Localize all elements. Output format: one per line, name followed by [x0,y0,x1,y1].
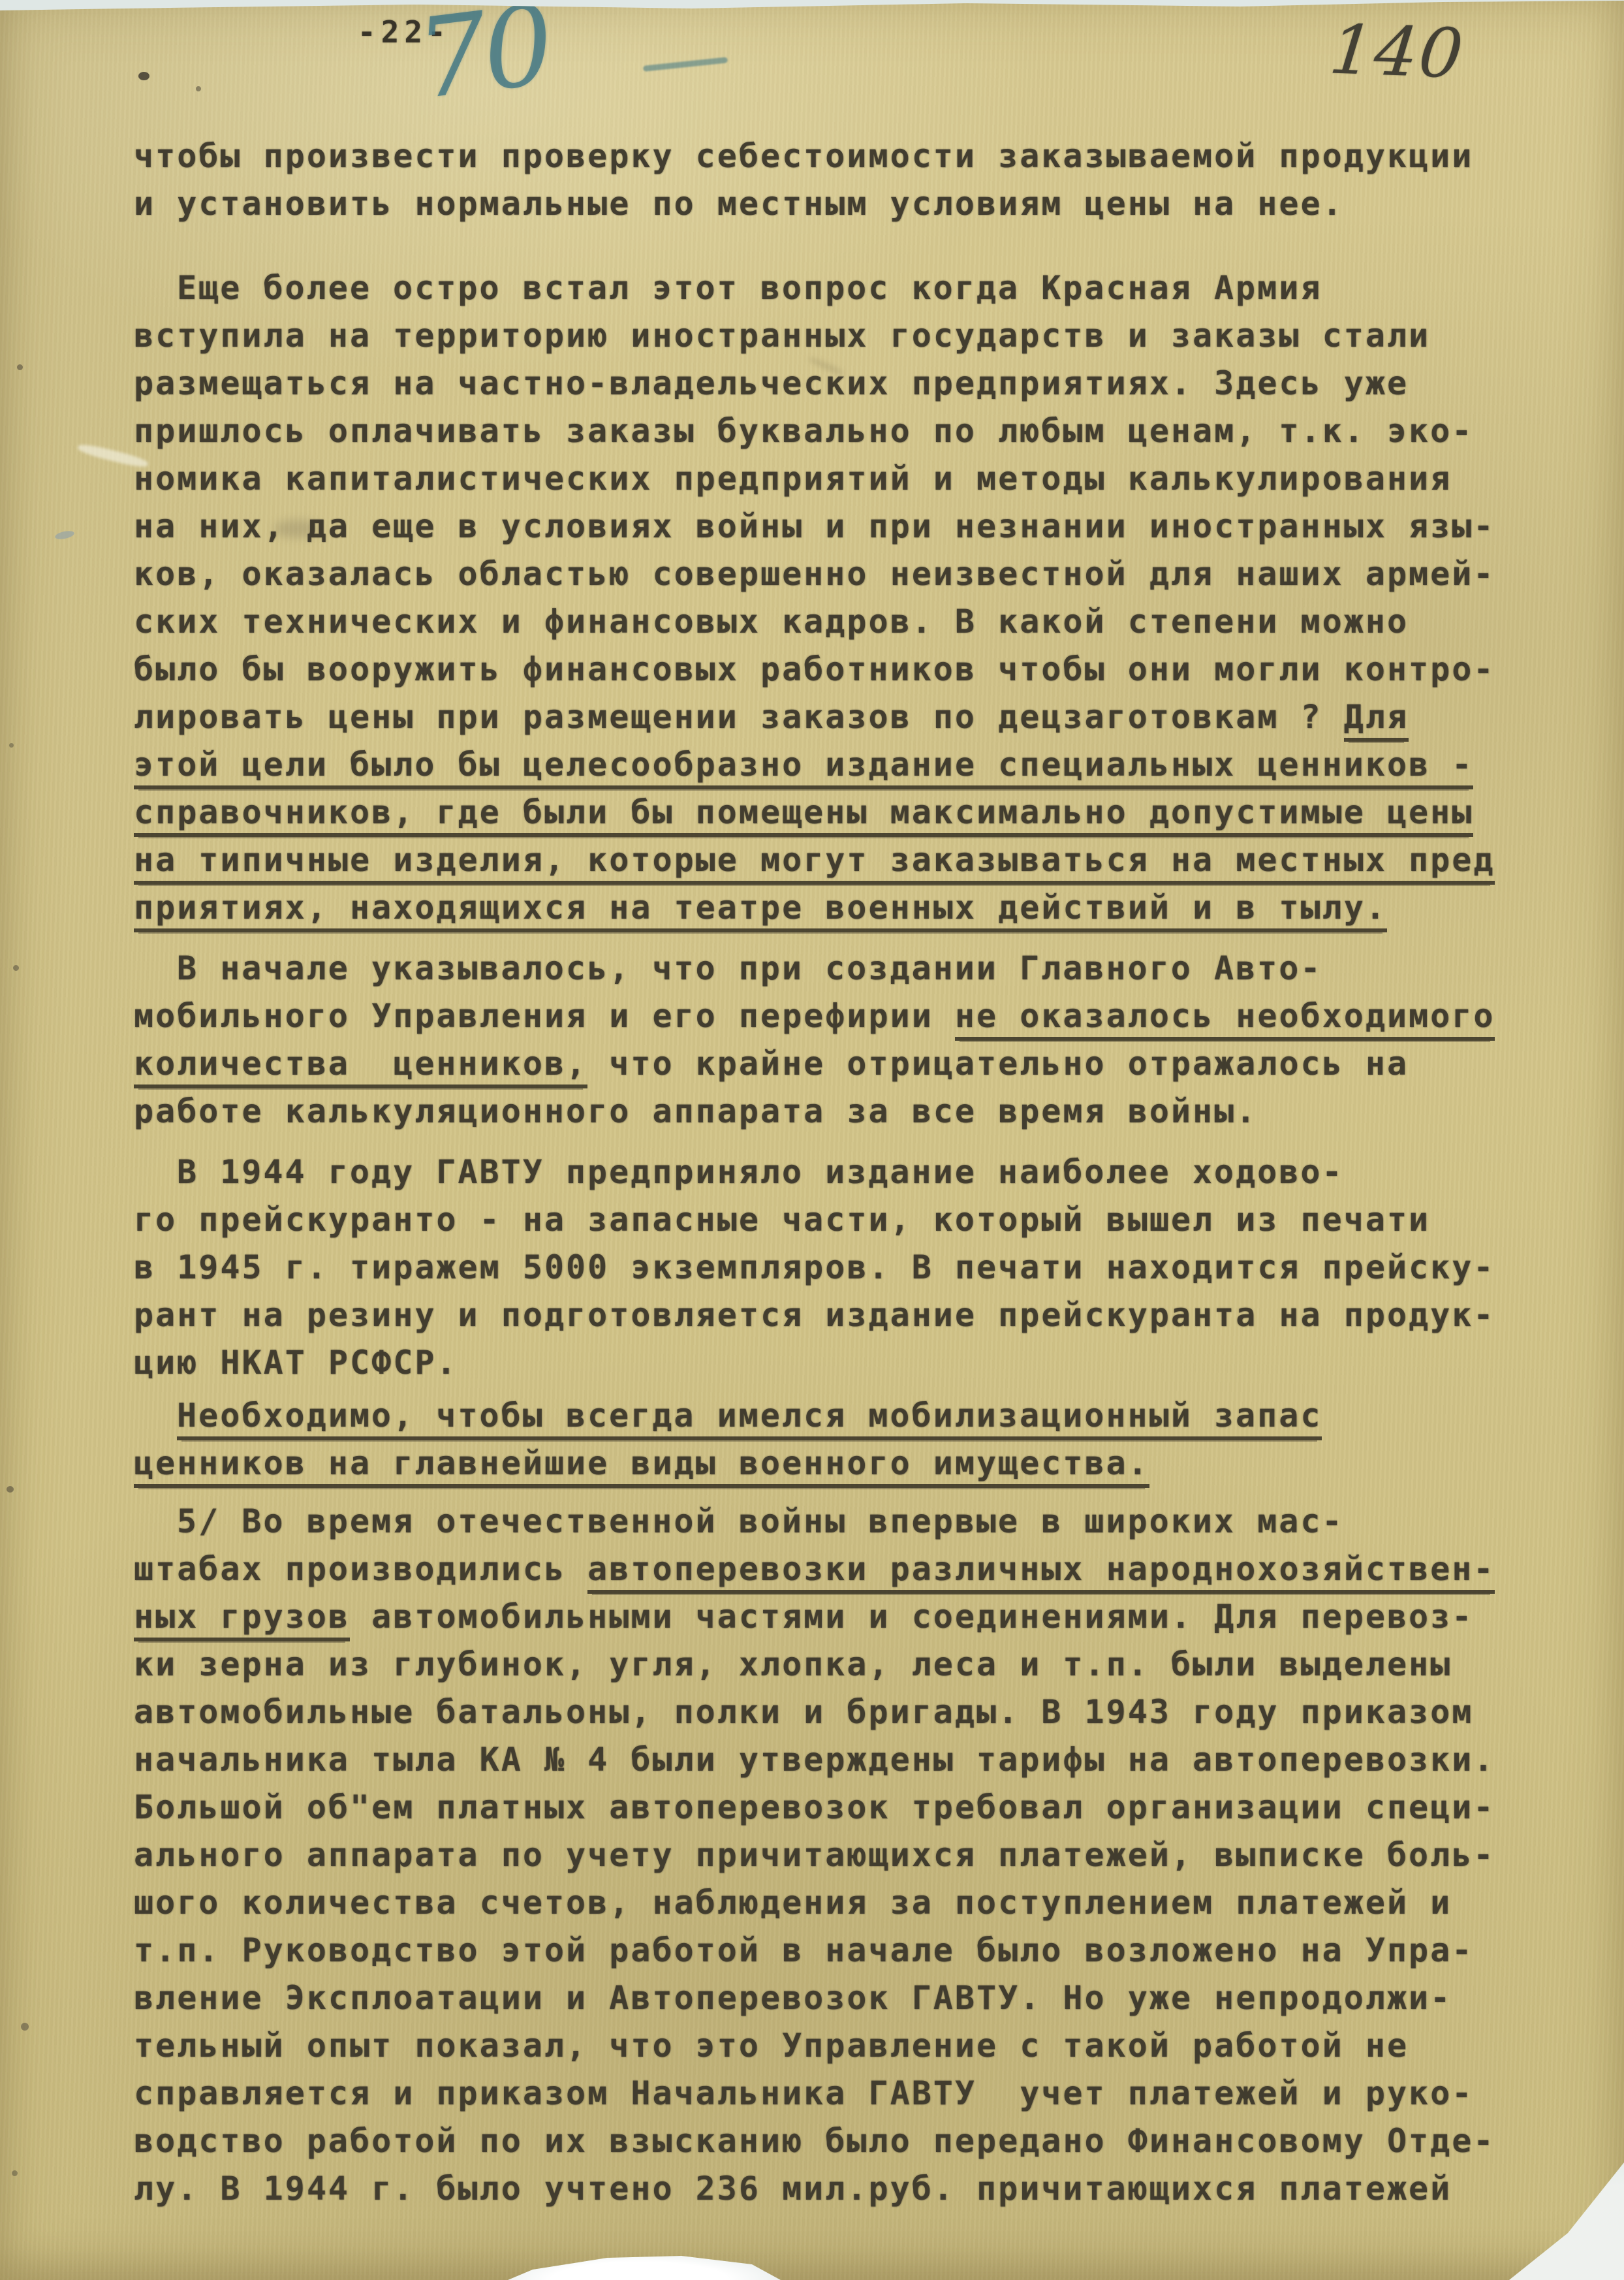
paragraph: чтобы произвести проверку себестоимости … [134,137,1557,232]
paragraph: 5/ Во время отечественной войны впервые … [134,1502,1557,2217]
text-segment: размещаться на частно-владельческих пред… [134,364,1409,402]
document-line: и установить нормальные по местным услов… [134,185,1557,232]
text-segment: ских технических и финансовых кадров. В … [134,603,1409,641]
paper-sheet: -22- 70 140 чтобы произвести проверку се… [0,0,1624,2280]
text-segment: ального аппарата по учету причитающихся … [134,1836,1495,1874]
paper-stain [13,965,19,971]
document-line: 5/ Во время отечественной войны впервые … [134,1502,1557,1550]
underlined-text-segment: справочников, где были бы помещены макси… [134,793,1473,837]
text-segment: рант на резину и подготовляется издание … [134,1296,1495,1334]
document-line: этой цели было бы целесообразно издание … [134,746,1557,793]
text-segment: что крайне отрицательно отражалось на [587,1045,1409,1083]
text-segment: было бы вооружить финансовых работников … [134,650,1495,688]
text-segment: Еще более остро встал этот вопрос когда … [177,269,1322,307]
document-line: В 1944 году ГАВТУ предприняло издание на… [134,1153,1557,1201]
text-segment: лу. В 1944 г. было учтено 236 мил.руб. п… [134,2170,1452,2208]
document-line: справочников, где были бы помещены макси… [134,793,1557,841]
document-line: вление Эксплоатации и Автоперевозок ГАВТ… [134,1979,1557,2027]
document-body: чтобы произвести проверку себестоимости … [134,137,1557,2217]
document-line: шого количества счетов, наблюдения за по… [134,1884,1557,1931]
text-segment: ки зерна из глубинок, угля, хлопка, леса… [134,1645,1452,1683]
document-line: тельный опыт показал, что это Управление… [134,2027,1557,2074]
text-segment: штабах производились [134,1550,587,1588]
text-segment: лировать цены при размещении заказов по … [134,698,1344,736]
paragraph: Необходимо, чтобы всегда имелся мобилиза… [134,1397,1557,1492]
document-line: на них, да еще в условиях войны и при не… [134,507,1557,555]
document-line: размещаться на частно-владельческих пред… [134,364,1557,412]
text-segment: т.п. Руководство этой работой в начале б… [134,1931,1473,1969]
text-segment: ков, оказалась областью совершенно неизв… [134,555,1495,593]
paragraph: В начале указывалось, что при создании Г… [134,949,1557,1140]
document-line: автомобильные батальоны, полки и бригады… [134,1693,1557,1741]
document-line: водство работой по их взысканию было пер… [134,2122,1557,2170]
underlined-text-segment: приятиях, находящихся на театре военных … [134,889,1387,932]
paper-stain [9,743,14,748]
document-line: В начале указывалось, что при создании Г… [134,949,1557,997]
document-line: ных грузов автомобильными частями и соед… [134,1598,1557,1645]
document-line: пришлось оплачивать заказы буквально по … [134,412,1557,460]
document-line: ских технических и финансовых кадров. В … [134,603,1557,650]
text-segment: тельный опыт показал, что это Управление… [134,2027,1409,2065]
text-segment: го прейскуранто - на запасные части, кот… [134,1201,1430,1239]
text-segment: В 1944 году ГАВТУ предприняло издание на… [177,1153,1344,1191]
text-segment: чтобы произвести проверку себестоимости … [134,137,1473,175]
document-line: на типичные изделия, которые могут заказ… [134,841,1557,889]
text-segment: в 1945 г. тиражем 5000 экземпляров. В пе… [134,1248,1495,1286]
underlined-text-segment: ценников на главнейшие виды военного иму… [134,1444,1149,1488]
document-line: номика капиталистических предприятий и м… [134,460,1557,507]
text-segment: 5/ Во время отечественной войны впервые … [177,1502,1344,1540]
text-segment: В начале указывалось, что при создании Г… [177,949,1322,987]
underlined-text-segment: не оказалось необходимого [955,997,1495,1041]
document-line: чтобы произвести проверку себестоимости … [134,137,1557,185]
document-line: ки зерна из глубинок, угля, хлопка, леса… [134,1645,1557,1693]
document-line: лу. В 1944 г. было учтено 236 мил.руб. п… [134,2170,1557,2217]
text-segment: шого количества счетов, наблюдения за по… [134,1884,1452,1922]
text-segment: вступила на территорию иностранных госуд… [134,317,1430,355]
text-segment: начальника тыла КА № 4 были утверждены т… [134,1741,1495,1779]
document-line: рант на резину и подготовляется издание … [134,1296,1557,1344]
document-line: приятиях, находящихся на театре военных … [134,889,1557,936]
text-segment: пришлось оплачивать заказы буквально по … [134,412,1473,450]
document-line: было бы вооружить финансовых работников … [134,650,1557,698]
document-line: работе калькуляционного аппарата за все … [134,1092,1557,1140]
document-line: начальника тыла КА № 4 были утверждены т… [134,1741,1557,1788]
paper-stain [17,364,23,370]
document-line: мобильного Управления и его перефирии не… [134,997,1557,1045]
document-line: ценников на главнейшие виды военного иму… [134,1444,1557,1492]
paper-stain [21,2023,29,2031]
underlined-text-segment: количества ценников, [134,1045,587,1088]
document-line: вступила на территорию иностранных госуд… [134,317,1557,364]
text-segment: справляется и приказом Начальника ГАВТУ … [134,2074,1473,2112]
text-segment: Большой об"ем платных автоперевозок треб… [134,1788,1495,1826]
document-line: цию НКАТ РСФСР. [134,1344,1557,1391]
handwritten-number-blue: 70 [411,0,557,124]
document-line: Необходимо, чтобы всегда имелся мобилиза… [134,1397,1557,1444]
text-segment: и установить нормальные по местным услов… [134,185,1344,223]
text-segment: автомобильные батальоны, полки и бригады… [134,1693,1473,1731]
document-line: справляется и приказом Начальника ГАВТУ … [134,2074,1557,2122]
paragraph: Еще более остро встал этот вопрос когда … [134,269,1557,936]
paper-stain [7,1486,14,1493]
paper-stain [54,530,75,541]
text-segment: водство работой по их взысканию было пер… [134,2122,1495,2160]
document-line: го прейскуранто - на запасные части, кот… [134,1201,1557,1248]
document-line: количества ценников, что крайне отрицате… [134,1045,1557,1092]
underlined-text-segment: этой цели было бы целесообразно издание … [134,746,1473,789]
paper-stain [138,72,149,80]
document-line: в 1945 г. тиражем 5000 экземпляров. В пе… [134,1248,1557,1296]
document-line: ального аппарата по учету причитающихся … [134,1836,1557,1884]
handwritten-dash-stroke [643,57,728,72]
scanned-page: { "meta": { "typed_page_number": "-22-",… [0,0,1624,2280]
text-segment: цию НКАТ РСФСР. [134,1344,458,1382]
document-line: лировать цены при размещении заказов по … [134,698,1557,746]
text-segment: автомобильными частями и соединениями. Д… [350,1598,1473,1636]
text-segment: мобильного Управления и его перефирии [134,997,955,1035]
text-segment: на них, да еще в условиях войны и при не… [134,507,1495,545]
underlined-text-segment: ных грузов [134,1598,350,1641]
text-segment: номика капиталистических предприятий и м… [134,460,1452,498]
handwritten-corner-number: 140 [1326,10,1468,94]
document-line: штабах производились автоперевозки разли… [134,1550,1557,1598]
document-line: Большой об"ем платных автоперевозок треб… [134,1788,1557,1836]
paper-stain [12,2170,18,2176]
paper-stain [196,86,201,91]
text-segment: вление Эксплоатации и Автоперевозок ГАВТ… [134,1979,1452,2017]
underlined-text-segment: Необходимо, чтобы всегда имелся мобилиза… [177,1397,1322,1440]
paragraph: В 1944 году ГАВТУ предприняло издание на… [134,1153,1557,1391]
document-line: Еще более остро встал этот вопрос когда … [134,269,1557,317]
text-segment: работе калькуляционного аппарата за все … [134,1092,1257,1130]
document-line: ков, оказалась областью совершенно неизв… [134,555,1557,603]
document-line: т.п. Руководство этой работой в начале б… [134,1931,1557,1979]
underlined-text-segment: Для [1344,698,1409,742]
underlined-text-segment: на типичные изделия, которые могут заказ… [134,841,1495,885]
underlined-text-segment: автоперевозки различных народнохозяйстве… [587,1550,1495,1594]
